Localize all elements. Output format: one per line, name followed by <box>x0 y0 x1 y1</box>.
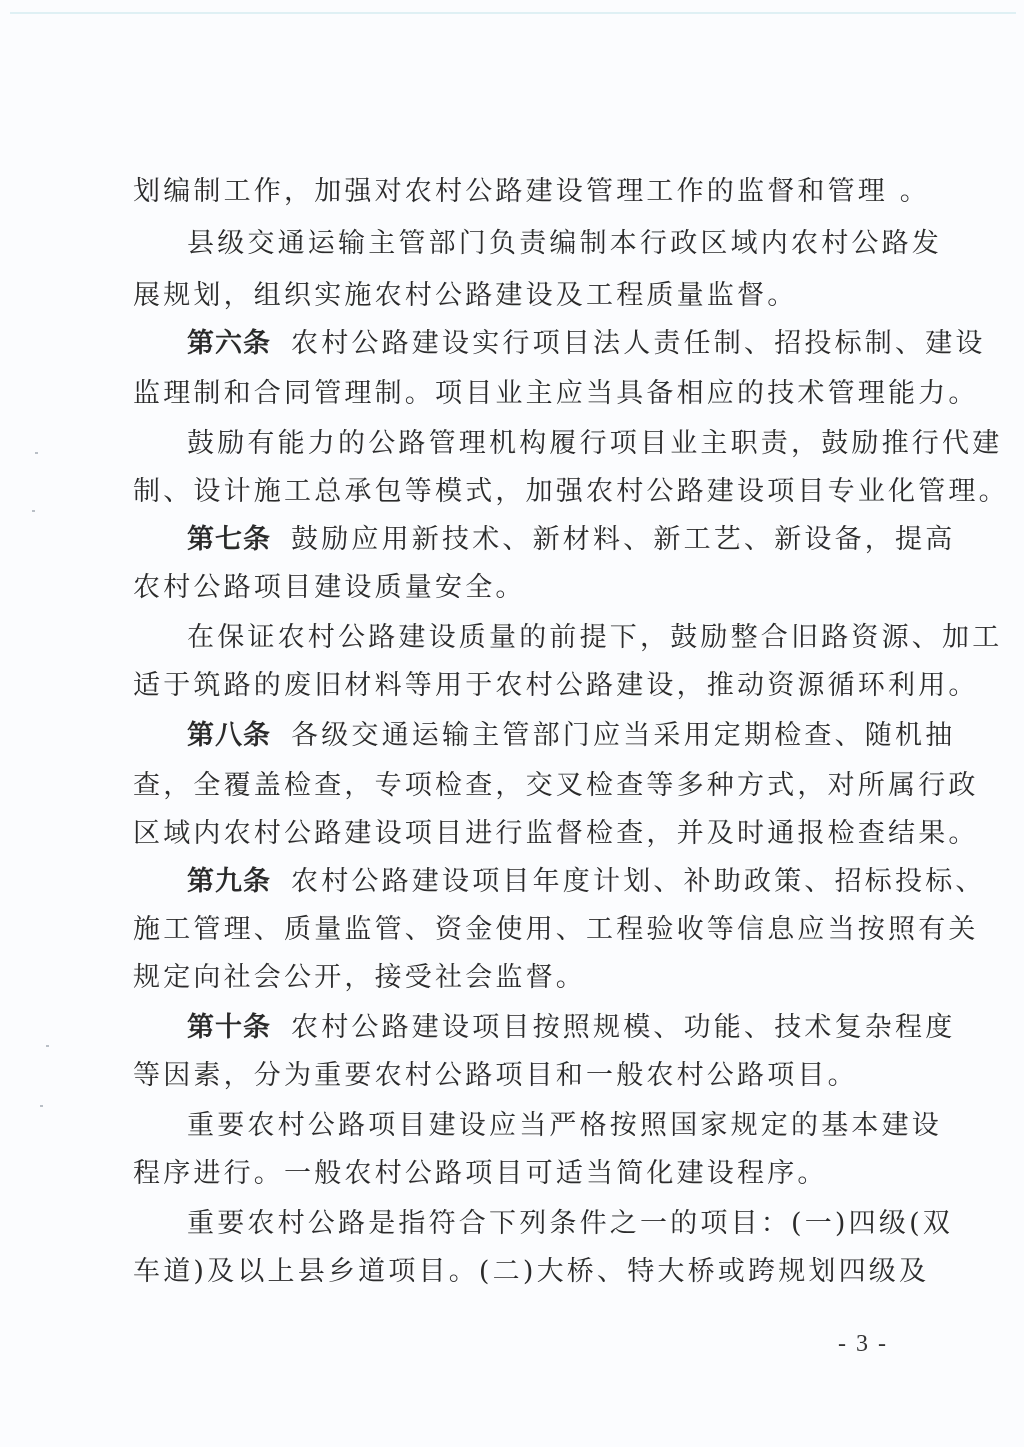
article-10: 第十条农村公路建设项目按照规模、功能、技术复杂程度 <box>187 1008 955 1048</box>
scan-edge-line <box>10 12 1016 14</box>
text-line: 施工管理、质量监管、资金使用、工程验收等信息应当按照有关 <box>133 910 979 950</box>
text-line: 展规划，组织实施农村公路建设及工程质量监督。 <box>133 276 797 316</box>
text-line: 适于筑路的废旧材料等用于农村公路建设，推动资源循环利用。 <box>133 666 979 706</box>
article-7: 第七条鼓励应用新技术、新材料、新工艺、新设备，提高 <box>187 520 955 560</box>
document-page: 划编制工作，加强对农村公路建设管理工作的监督和管理 。 县级交通运输主管部门负责… <box>0 0 1024 1447</box>
text-line: 查，全覆盖检查，专项检查，交叉检查等多种方式，对所属行政 <box>133 766 979 806</box>
text-line: 划编制工作，加强对农村公路建设管理工作的监督和管理 。 <box>133 172 930 212</box>
scan-speck <box>35 452 38 454</box>
text-line: 监理制和合同管理制。项目业主应当具备相应的技术管理能力。 <box>133 374 979 414</box>
text-line: 农村公路项目建设质量安全。 <box>133 568 526 608</box>
article-6: 第六条农村公路建设实行项目法人责任制、招投标制、建设 <box>187 324 986 364</box>
article-label: 第八条 <box>187 720 271 751</box>
article-label: 第九条 <box>187 866 271 897</box>
paragraph-important-projects: 重要农村公路项目建设应当严格按照国家规定的基本建设 <box>187 1106 942 1146</box>
article-label: 第六条 <box>187 328 271 359</box>
text-line: 规定向社会公开，接受社会监督。 <box>133 958 586 998</box>
scan-speck <box>46 1045 49 1047</box>
paragraph-resource-recycling: 在保证农村公路建设质量的前提下，鼓励整合旧路资源、加工 <box>187 618 1002 658</box>
text-line: 制、设计施工总承包等模式，加强农村公路建设项目专业化管理。 <box>133 472 1009 512</box>
scan-speck <box>32 510 35 512</box>
text-line: 区域内农村公路建设项目进行监督检查，并及时通报检查结果。 <box>133 814 979 854</box>
article-label: 第十条 <box>187 1012 271 1043</box>
article-label: 第七条 <box>187 524 271 555</box>
article-9: 第九条农村公路建设项目年度计划、补助政策、招标投标、 <box>187 862 986 902</box>
paragraph-important-definition: 重要农村公路是指符合下列条件之一的项目：(一)四级(双 <box>187 1204 953 1244</box>
page-number: - 3 - <box>838 1331 888 1358</box>
article-8: 第八条各级交通运输主管部门应当采用定期检查、随机抽 <box>187 716 955 756</box>
paragraph-county-responsibility: 县级交通运输主管部门负责编制本行政区域内农村公路发 <box>187 224 942 264</box>
text-line: 车道)及以上县乡道项目。(二)大桥、特大桥或跨规划四级及 <box>133 1252 929 1292</box>
scan-speck <box>40 1105 43 1107</box>
text-line: 程序进行。一般农村公路项目可适当简化建设程序。 <box>133 1154 828 1194</box>
paragraph-encourage-management: 鼓励有能力的公路管理机构履行项目业主职责，鼓励推行代建 <box>187 424 1002 464</box>
text-line: 等因素，分为重要农村公路项目和一般农村公路项目。 <box>133 1056 858 1096</box>
